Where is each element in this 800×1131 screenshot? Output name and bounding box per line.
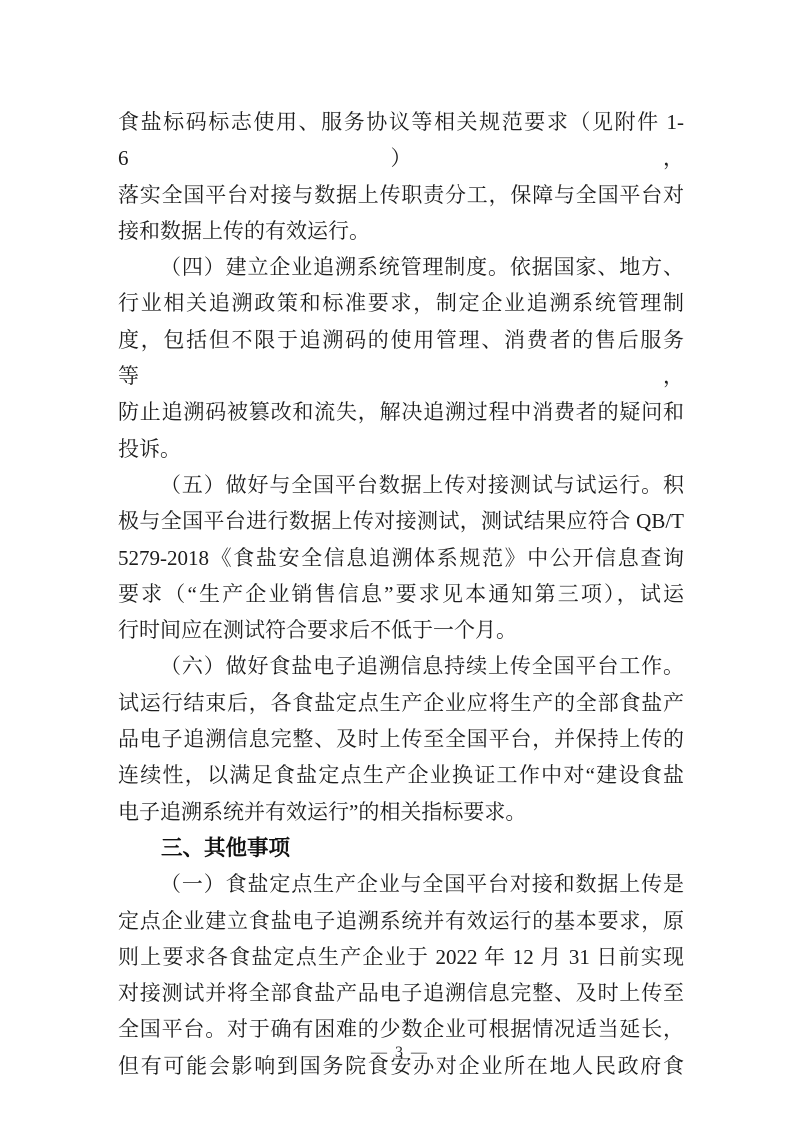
text-line: （四）建立企业追溯系统管理制度。依据国家、地方、 [118, 249, 684, 285]
text-line: 全国平台。对于确有困难的少数企业可根据情况适当延长， [118, 1011, 684, 1047]
text-line: 食盐标码标志使用、服务协议等相关规范要求（见附件 1-6）， [118, 104, 684, 177]
text-line: （六）做好食盐电子追溯信息持续上传全国平台工作。 [118, 648, 684, 684]
text-line: （一）食盐定点生产企业与全国平台对接和数据上传是 [118, 866, 684, 902]
text-line: 度，包括但不限于追溯码的使用管理、消费者的售后服务等， [118, 322, 684, 395]
page-number: — 3 — [0, 1044, 800, 1062]
text-line: 品电子追溯信息完整、及时上传至全国平台，并保持上传的 [118, 721, 684, 757]
text-line: 极与全国平台进行数据上传对接测试，测试结果应符合 QB/T [118, 503, 684, 539]
text-line: 防止追溯码被篡改和流失，解决追溯过程中消费者的疑问和 [118, 394, 684, 430]
text-line: 5279-2018《食盐安全信息追溯体系规范》中公开信息查询 [118, 540, 684, 576]
text-line: 行时间应在测试符合要求后不低于一个月。 [118, 612, 684, 648]
text-line: 要求（“生产企业销售信息”要求见本通知第三项），试运 [118, 576, 684, 612]
text-line: 接和数据上传的有效运行。 [118, 213, 684, 249]
text-line: 行业相关追溯政策和标准要求，制定企业追溯系统管理制 [118, 285, 684, 321]
text-line: 连续性，以满足食盐定点生产企业换证工作中对“建设食盐 [118, 757, 684, 793]
text-line: 则上要求各食盐定点生产企业于 2022 年 12 月 31 日前实现 [118, 939, 684, 975]
text-line: 对接测试并将全部食盐产品电子追溯信息完整、及时上传至 [118, 975, 684, 1011]
section-heading: 三、其他事项 [118, 830, 684, 866]
text-line: 试运行结束后，各食盐定点生产企业应将生产的全部食盐产 [118, 685, 684, 721]
document-body: 食盐标码标志使用、服务协议等相关规范要求（见附件 1-6），落实全国平台对接与数… [118, 104, 684, 1084]
text-line: 投诉。 [118, 431, 684, 467]
text-line: 定点企业建立食盐电子追溯系统并有效运行的基本要求，原 [118, 903, 684, 939]
text-line: 电子追溯系统并有效运行”的相关指标要求。 [118, 794, 684, 830]
text-line: 落实全国平台对接与数据上传职责分工，保障与全国平台对 [118, 177, 684, 213]
text-line: （五）做好与全国平台数据上传对接测试与试运行。积 [118, 467, 684, 503]
document-page: 食盐标码标志使用、服务协议等相关规范要求（见附件 1-6），落实全国平台对接与数… [0, 0, 800, 1131]
